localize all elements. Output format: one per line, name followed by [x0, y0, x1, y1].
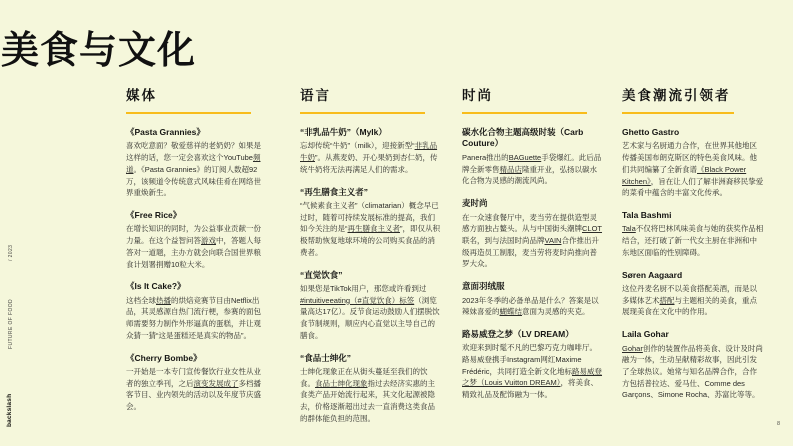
- item-title: Ghetto Gastro: [622, 127, 764, 138]
- trend-item: “直觉饮食” 如果您是TikTok用户，那您或许看到过#intuitiveeat…: [300, 270, 440, 342]
- item-title: Laila Gohar: [622, 329, 764, 340]
- item-body: “气候素食主义者”（climatarian）概念早已过时，随着可持续发展标准的提…: [300, 200, 440, 259]
- item-title: “再生膳食主义者”: [300, 187, 440, 198]
- inline-link[interactable]: #intuitiveeating（#直觉饮食）标签: [300, 296, 414, 305]
- trend-item: Laila Gohar Gohar创作的装置作品将美食、设计及时尚融为一体，生动…: [622, 329, 764, 401]
- trend-item: 《Is It Cake?》 这档全球热播的烘焙竞赛节目由Netflix出品，其灵…: [126, 281, 266, 341]
- inline-link[interactable]: 热播: [156, 296, 171, 305]
- item-body: 一开始是一本专门宣传餐饮行业女性从业者的独立季刊，之后演变发展成了多档播客节目、…: [126, 366, 266, 413]
- text-segment: 联名，到与法国时尚品牌: [462, 236, 545, 245]
- sidebar-year-label: / 2023: [8, 245, 14, 261]
- trend-item: Søren Aagaard 这位丹麦名厨不以美食搭配美酒，而是以多媒体艺术搭配与…: [622, 270, 764, 319]
- trend-item: Tala Bashmi Tala不仅将巴林风味美食与她的获奖作品相结合，还打破了…: [622, 210, 764, 259]
- inline-link[interactable]: 精品店: [500, 165, 523, 174]
- page-number: 8: [777, 421, 780, 427]
- item-body: 欢迎来到时髦不凡的巴黎巧克力咖啡厅。路易威登携手Instagram网红Maxim…: [462, 342, 603, 401]
- inline-link[interactable]: 再生膳食主义者: [348, 224, 401, 233]
- item-body: 在一众速食餐厅中，麦当劳在提供造型灵感方面独占鳌头。从与中国街头潮牌CLOT联名…: [462, 212, 603, 271]
- item-body: 这位丹麦名厨不以美食搭配美酒，而是以多媒体艺术搭配与主题相关的美食，重点展现美食…: [622, 283, 764, 318]
- item-title: “食品士绅化”: [300, 353, 440, 364]
- item-title: “直觉饮食”: [300, 270, 440, 281]
- text-segment: Panera推出的: [462, 153, 509, 162]
- item-body: 艺术家与名厨通力合作，在世界其他地区传播美国布朗克斯区的特色美食风味。他们共同编…: [622, 140, 764, 199]
- item-title: 碳水化合物主题高级时装（Carb Couture）: [462, 127, 603, 150]
- trend-item: 麦时尚 在一众速食餐厅中，麦当劳在提供造型灵感方面独占鳌头。从与中国街头潮牌CL…: [462, 198, 603, 270]
- sidebar-report-label: FUTURE OF FOOD: [8, 299, 14, 349]
- trend-item: 意面羽绒服 2023年冬季的必备单品是什么？答案是以辣妹喜爱的蝴蝶结意面为灵感的…: [462, 281, 603, 318]
- page-title: 美食与文化: [1, 29, 196, 75]
- item-title: 路易威登之梦（LV DREAM）: [462, 329, 603, 340]
- column-media: 媒体 《Pasta Grannies》 喜欢吃意面？敬爱慈祥的老奶奶？如果是这样…: [126, 84, 266, 424]
- item-title: Søren Aagaard: [622, 270, 764, 281]
- item-body: 忘却传统“牛奶”（milk），迎接新型“非乳品牛奶”。从燕麦奶、开心果奶到杏仁奶…: [300, 140, 440, 175]
- item-title: 《Free Rice》: [126, 210, 266, 221]
- inline-link[interactable]: Tala: [622, 224, 636, 233]
- text-segment: 忘却传统“牛奶”（milk），迎接新型“: [300, 141, 415, 150]
- column-header: 语言: [300, 84, 440, 104]
- column-header-underline: [622, 112, 734, 114]
- item-title: “非乳品牛奶”（Mylk）: [300, 127, 440, 138]
- text-segment: 喜欢吃意面？敬爱慈祥的老奶奶？如果是这样的话，您一定会喜欢这个YouTube: [126, 141, 261, 162]
- item-body: 2023年冬季的必备单品是什么？答案是以辣妹喜爱的蝴蝶结意面为灵感的夹克。: [462, 295, 603, 318]
- column-header-underline: [462, 112, 587, 114]
- text-segment: 在一众速食餐厅中，麦当劳在提供造型灵感方面独占鳌头。从与中国街头潮牌: [462, 213, 597, 234]
- item-body: Tala不仅将巴林风味美食与她的获奖作品相结合，还打破了新一代女主厨在非洲和中东…: [622, 223, 764, 258]
- text-segment: ”。从燕麦奶、开心果奶到杏仁奶，传统牛奶将无法再满足人们的需求。: [300, 153, 438, 174]
- column-tastemakers: 美食潮流引领者 Ghetto Gastro 艺术家与名厨通力合作，在世界其他地区…: [622, 84, 764, 412]
- trend-item: 碳水化合物主题高级时装（Carb Couture） Panera推出的BAGue…: [462, 127, 603, 187]
- column-header-underline: [126, 112, 251, 114]
- trend-item: “再生膳食主义者” “气候素食主义者”（climatarian）概念早已过时，随…: [300, 187, 440, 259]
- item-title: 《Cherry Bombe》: [126, 353, 266, 364]
- column-language: 语言 “非乳品牛奶”（Mylk） 忘却传统“牛奶”（milk），迎接新型“非乳品…: [300, 84, 440, 436]
- item-title: 《Pasta Grannies》: [126, 127, 266, 138]
- text-segment: 这档全球: [126, 296, 156, 305]
- brand-logo: backslash: [6, 394, 13, 427]
- trend-item: “食品士绅化” 士绅化现象正在从街头蔓延至我们的饮食。食品士绅化现象指过去经济实…: [300, 353, 440, 425]
- inline-link[interactable]: CLOT: [582, 224, 602, 233]
- item-body: Panera推出的BAGuette手袋爆红。此后品牌全新零售精品店隆重开业，弘扬…: [462, 152, 603, 187]
- trend-item: 《Pasta Grannies》 喜欢吃意面？敬爱慈祥的老奶奶？如果是这样的话，…: [126, 127, 266, 199]
- inline-link[interactable]: VAIN: [545, 236, 562, 245]
- inline-link[interactable]: 游戏: [201, 236, 216, 245]
- item-title: 意面羽绒服: [462, 281, 603, 292]
- item-body: 这档全球热播的烘焙竞赛节目由Netflix出品，其灵感源自热门流行梗，参赛的面包…: [126, 295, 266, 342]
- text-segment: 。《Pasta Grannies》的订阅人数超92万，该频道令传统意式风味佳肴在…: [126, 165, 261, 197]
- item-body: Gohar创作的装置作品将美食、设计及时尚融为一体，生动呈献精彩故事，因此引发了…: [622, 343, 764, 402]
- trend-item: 《Free Rice》 在增长知识的同时，为公益事业贡献一份力量。在这个益智问答…: [126, 210, 266, 270]
- item-body: 喜欢吃意面？敬爱慈祥的老奶奶？如果是这样的话，您一定会喜欢这个YouTube频道…: [126, 140, 266, 199]
- inline-link[interactable]: 搭配: [660, 296, 675, 305]
- text-segment: 意面为灵感的夹克。: [522, 307, 590, 316]
- item-body: 在增长知识的同时，为公益事业贡献一份力量。在这个益智问答游戏中，答题人每答对一道…: [126, 223, 266, 270]
- inline-link[interactable]: Gohar: [622, 344, 643, 353]
- inline-link[interactable]: BAGuette: [509, 153, 542, 162]
- column-header: 美食潮流引领者: [622, 84, 764, 104]
- column-header: 媒体: [126, 84, 266, 104]
- inline-link[interactable]: 食品士绅化现象: [315, 379, 368, 388]
- trend-item: 《Cherry Bombe》 一开始是一本专门宣传餐饮行业女性从业者的独立季刊，…: [126, 353, 266, 413]
- column-fashion: 时尚 碳水化合物主题高级时装（Carb Couture） Panera推出的BA…: [462, 84, 603, 412]
- trend-item: “非乳品牛奶”（Mylk） 忘却传统“牛奶”（milk），迎接新型“非乳品牛奶”…: [300, 127, 440, 176]
- inline-link[interactable]: 演变发展成了: [194, 379, 239, 388]
- item-title: Tala Bashmi: [622, 210, 764, 221]
- item-title: 《Is It Cake?》: [126, 281, 266, 292]
- item-title: 麦时尚: [462, 198, 603, 209]
- column-header: 时尚: [462, 84, 603, 104]
- item-body: 士绅化现象正在从街头蔓延至我们的饮食。食品士绅化现象指过去经济实惠的主食类产品开…: [300, 366, 440, 425]
- text-segment: 创作的装置作品将美食、设计及时尚融为一体，生动呈献精彩故事，因此引发了全球热议。…: [622, 344, 763, 400]
- item-body: 如果您是TikTok用户，那您或许看到过#intuitiveeating（#直觉…: [300, 283, 440, 342]
- trend-item: Ghetto Gastro 艺术家与名厨通力合作，在世界其他地区传播美国布朗克斯…: [622, 127, 764, 199]
- trend-item: 路易威登之梦（LV DREAM） 欢迎来到时髦不凡的巴黎巧克力咖啡厅。路易威登携…: [462, 329, 603, 401]
- text-segment: 如果您是TikTok用户，那您或许看到过: [300, 284, 426, 293]
- text-segment: 不仅将巴林风味美食与她的获奖作品相结合，还打破了新一代女主厨在非洲和中东地区面临…: [622, 224, 763, 256]
- inline-link[interactable]: 蝴蝶结: [500, 307, 523, 316]
- column-header-underline: [300, 112, 425, 114]
